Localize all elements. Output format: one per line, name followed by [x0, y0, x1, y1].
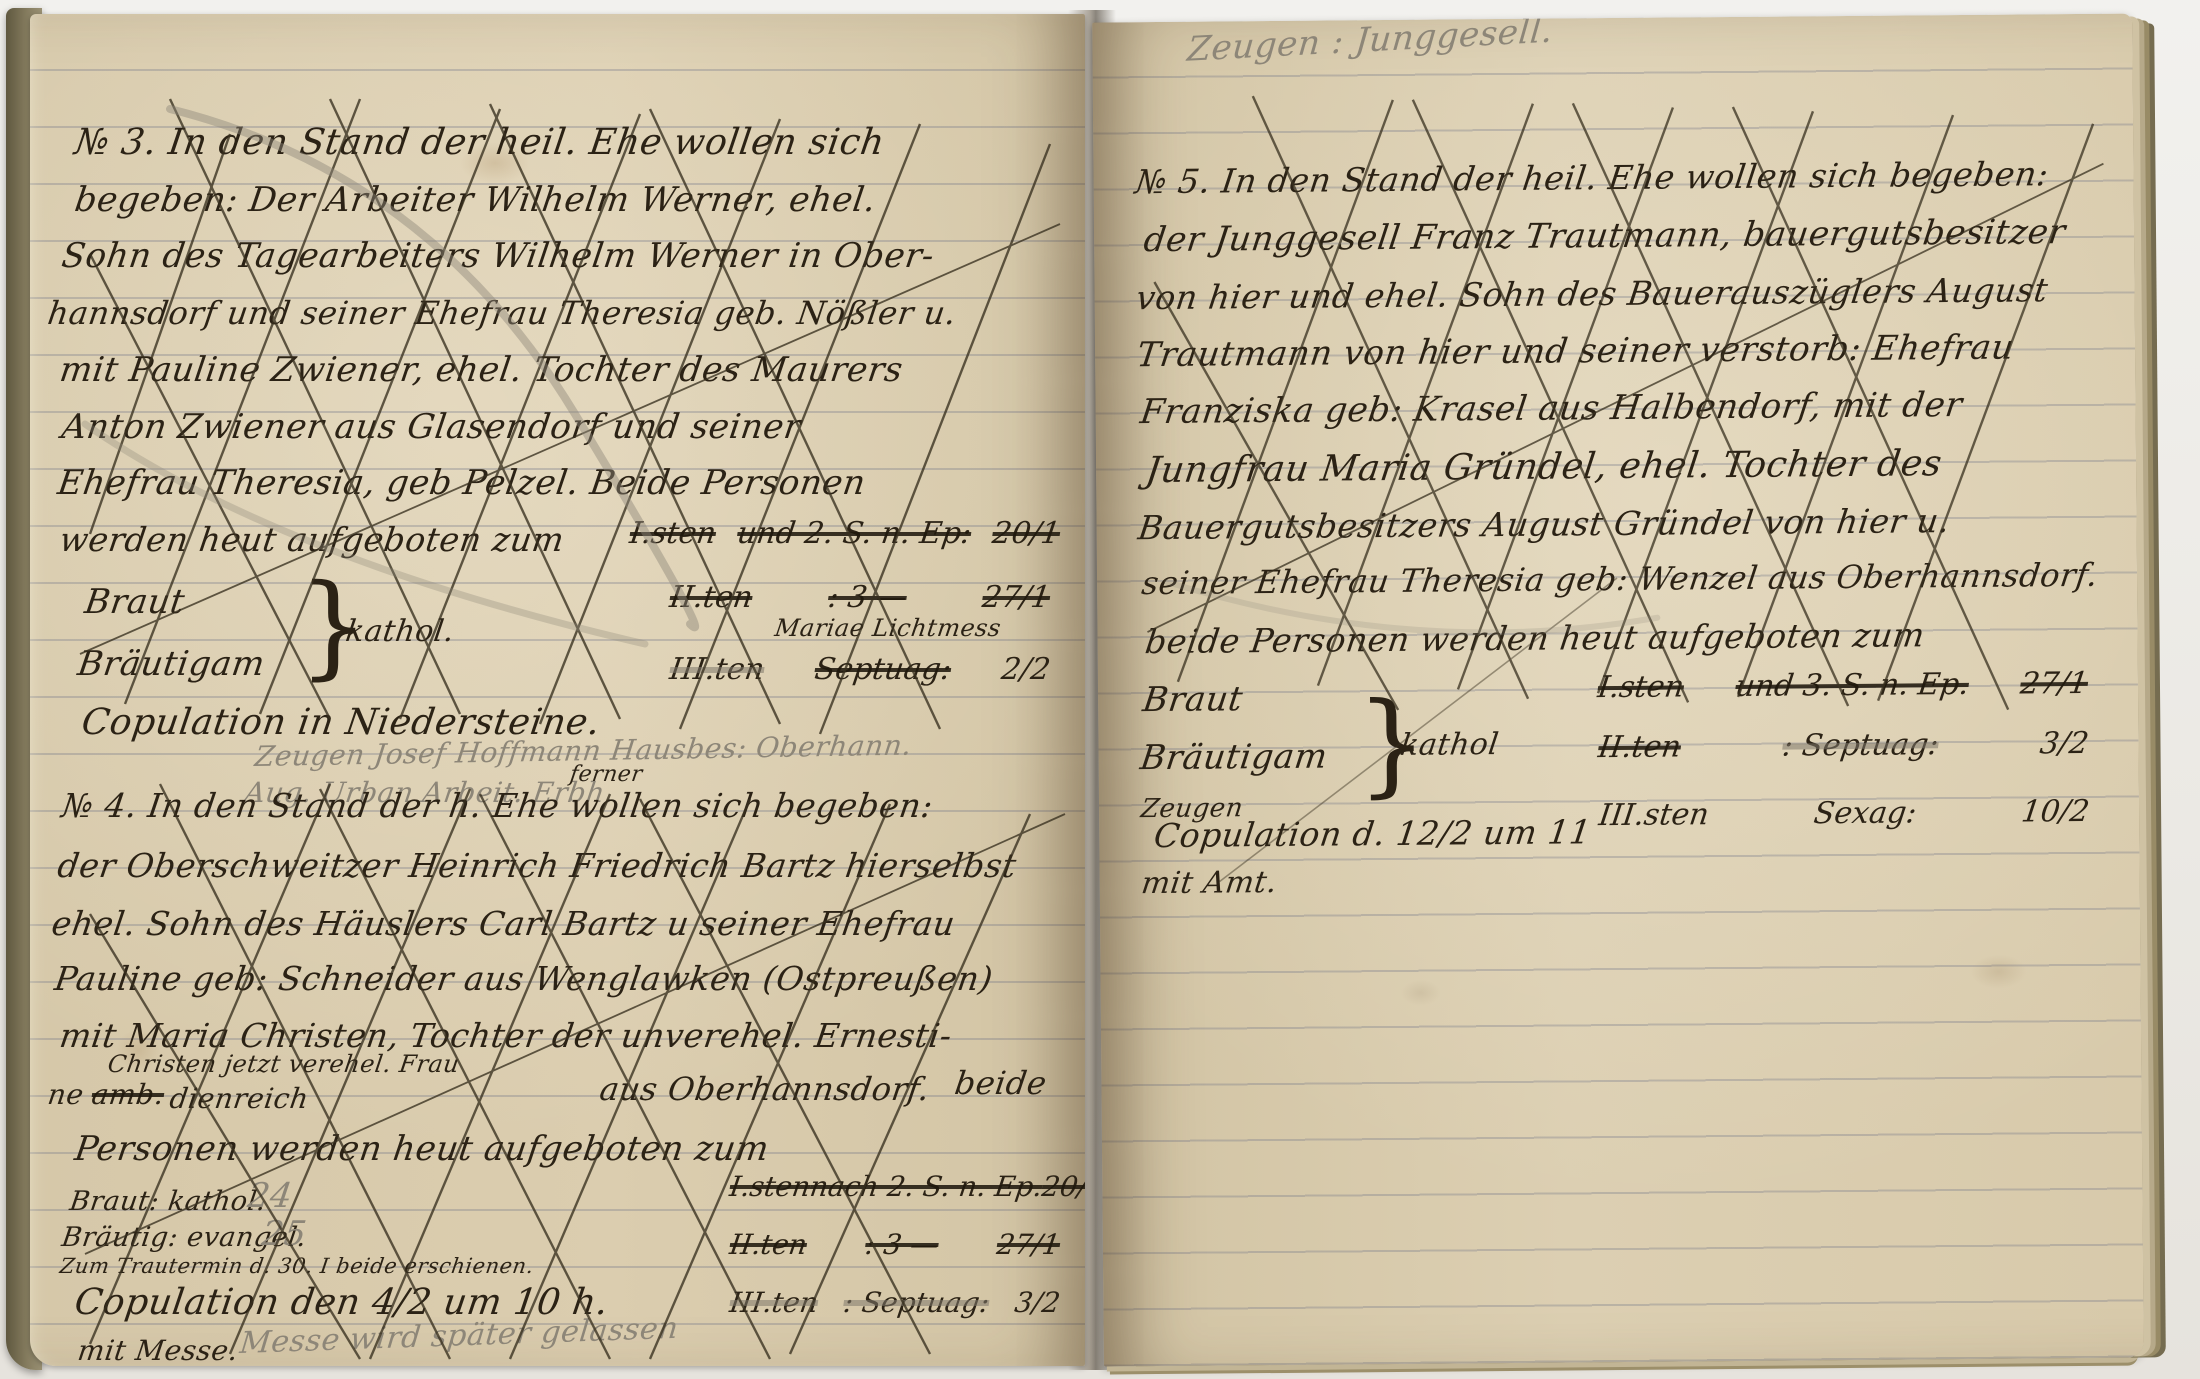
handwritten-line: ehel. Sohn des Häuslers Carl Bartz u sei… — [49, 904, 957, 943]
trautermin-note: Zum Trautermin d. 30. I beide erschienen… — [58, 1254, 535, 1278]
right-page: Zeugen : Junggesell. № 5. In den Stand d… — [1092, 13, 2144, 1366]
banns-ordinal: I.sten — [1596, 669, 1687, 705]
handwritten-line: Anton Zwiener aus Glasendorf und seiner — [59, 407, 803, 447]
handwritten-line: Franziska geb: Krasel aus Halbendorf, mi… — [1138, 385, 1965, 432]
handwritten-line: № 3. In den Stand der heil. Ehe wollen s… — [72, 122, 887, 163]
paper-stain — [1970, 954, 2026, 988]
banns-row-3: III.sten Sexag: 10/2 — [1597, 794, 2092, 833]
banns-date: 2/2 — [999, 652, 1052, 687]
banns-date: 20/1 — [1040, 1170, 1085, 1203]
interline-insertion: Christen jetzt verehel. Frau — [106, 1050, 461, 1078]
banns-date: 27/1 — [980, 580, 1052, 615]
handwritten-line: Pauline geb: Schneider aus Wenglawken (O… — [52, 959, 995, 998]
banns-row-2: II.ten : Septuag: 3/2 — [1596, 726, 2091, 765]
copulation-line: Copulation d. 12/2 um 11 — [1152, 812, 1594, 855]
banns-row-1: I.sten und 3. S. n. Ep. 27/1 — [1596, 666, 2091, 705]
banns-row-2: II.ten : 3 — 27/1 — [668, 580, 1053, 615]
banns-sunday: : 3 — — [826, 580, 909, 615]
banns-date: 20/1 — [990, 516, 1062, 551]
banns-sunday: : 3 — — [863, 1228, 941, 1261]
konfession-note: kathol. — [344, 614, 457, 649]
banns-row-3: III.ten : Septuag: 3/2 — [728, 1286, 1063, 1319]
banns-ordinal: III.ten — [668, 652, 767, 687]
handwritten-line: begeben: Der Arbeiter Wilhelm Werner, eh… — [72, 180, 878, 220]
konfession-note: kathol — [1398, 727, 1501, 763]
pencil-age: 24 — [245, 1176, 295, 1216]
banns-sunday: nach 2. S. n. Ep. — [808, 1170, 1045, 1203]
struck-word: amb. — [90, 1078, 167, 1111]
banns-sunday: und 2. S. n. Ep: — [735, 516, 974, 551]
banns-correction-note: Mariae Lichtmess — [773, 614, 1003, 642]
handwritten-fragment: ne — [46, 1078, 86, 1111]
handwritten-line: № 4. In den Stand der h. Ehe wollen sich… — [59, 786, 935, 825]
banns-sunday: : Septuag: — [841, 1286, 991, 1319]
banns-sunday: Septuag: — [812, 652, 953, 687]
handwritten-line: beide Personen werden heut aufgeboten zu… — [1143, 615, 1927, 661]
banns-date: 10/2 — [2019, 794, 2091, 830]
banns-ordinal: III.ten — [728, 1286, 821, 1319]
banns-date: 3/2 — [2038, 726, 2091, 761]
register-photo: № 3. In den Stand der heil. Ehe wollen s… — [0, 0, 2200, 1379]
handwritten-line: mit Pauline Zwiener, ehel. Tochter des M… — [57, 350, 905, 390]
banns-ordinal: II.ten — [728, 1228, 810, 1261]
braut-label: Braut — [82, 582, 187, 622]
banns-ordinal: I.sten — [728, 1170, 813, 1203]
banns-sunday: und 3. S. n. Ep. — [1733, 667, 1971, 704]
handwritten-fragment: beide — [952, 1064, 1049, 1102]
paper-stain — [1401, 980, 1441, 1006]
handwritten-fragment: dienreich — [168, 1082, 311, 1115]
handwritten-line: Sohn des Tagearbeiters Wilhelm Werner in… — [59, 236, 937, 276]
banns-row-3: III.ten Septuag: 2/2 — [668, 652, 1053, 687]
handwritten-line: Personen werden heut aufgeboten zum — [72, 1129, 771, 1169]
banns-ordinal: II.ten — [1596, 729, 1683, 765]
banns-sunday: : Septuag: — [1780, 727, 1940, 763]
ink-insertion: ferner — [568, 762, 644, 787]
banns-row-2: II.ten : 3 — 27/1 — [728, 1228, 1063, 1261]
handwritten-line: der Oberschweitzer Heinrich Friedrich Ba… — [55, 846, 1019, 885]
handwritten-line: Bauergutsbesitzers August Gründel von hi… — [1136, 501, 1952, 547]
handwritten-line: von hier und ehel. Sohn des Bauerauszügl… — [1134, 270, 2051, 317]
handwritten-fragment: aus Oberhannsdorf. — [597, 1070, 932, 1108]
braut-label: Braut — [1140, 679, 1245, 720]
banns-row-1: I.sten nach 2. S. n. Ep. 20/1 — [728, 1170, 1063, 1203]
banns-ordinal: I.sten — [628, 516, 719, 551]
messe-note: mit Messe. — [76, 1334, 241, 1366]
amt-note: mit Amt. — [1139, 865, 1279, 901]
pencil-age: 25 — [259, 1214, 309, 1254]
handwritten-line: Jungfrau Maria Gründel, ehel. Tochter de… — [1143, 443, 1944, 491]
braeutigam-label: Bräutigam — [75, 644, 267, 684]
banns-date: 3/2 — [1013, 1286, 1063, 1319]
banns-date: 27/1 — [2018, 666, 2090, 702]
banns-ordinal: III.sten — [1597, 797, 1711, 833]
banns-ordinal: II.ten — [668, 580, 755, 615]
banns-row-1: I.sten und 2. S. n. Ep: 20/1 — [628, 516, 1063, 551]
handwritten-line: seiner Ehefrau Theresia geb: Wenzel aus … — [1140, 556, 2101, 602]
left-page: № 3. In den Stand der heil. Ehe wollen s… — [30, 14, 1085, 1366]
handwritten-line: hannsdorf und seiner Ehefrau Theresia ge… — [45, 294, 958, 332]
handwritten-line: № 5. In den Stand der heil. Ehe wollen s… — [1133, 154, 2051, 201]
banns-sunday: Sexag: — [1812, 795, 1919, 831]
handwritten-line: Ehefrau Theresia, geb Pelzel. Beide Pers… — [55, 463, 868, 503]
braeutigam-label: Bräutigam — [1138, 737, 1330, 779]
handwritten-line: werden heut aufgeboten zum — [57, 520, 566, 559]
handwritten-line: der Junggesell Franz Trautmann, bauergut… — [1141, 212, 2068, 260]
braut-konfession: Braut: kathol. — [68, 1186, 268, 1217]
pencil-top-note: Zeugen : Junggesell. — [1186, 13, 1555, 69]
banns-date: 27/1 — [995, 1228, 1063, 1261]
handwritten-line: Trautmann von hier und seiner verstorb: … — [1134, 328, 2016, 376]
